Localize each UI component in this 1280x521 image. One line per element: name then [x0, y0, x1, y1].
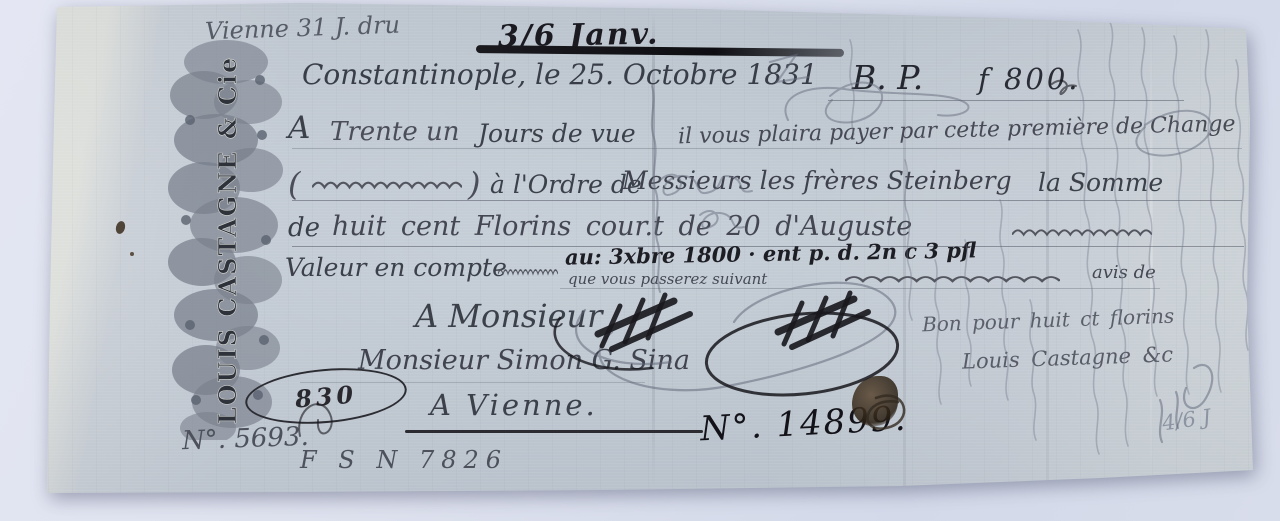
dateline: Constantinople, le 25. Octobre 1831: [302, 58, 818, 91]
avis-clause: avis de: [1092, 262, 1156, 283]
term-value: Trente un: [330, 117, 460, 147]
somme-label: la Somme: [1038, 168, 1163, 197]
value-clause: Valeur en compte: [285, 253, 507, 282]
control-number: N°. 5693.: [182, 422, 310, 456]
drawer-signature: Louis Castagne &c: [962, 342, 1174, 373]
amount-figures: f 800.: [978, 62, 1081, 96]
city-underline-stroke: [405, 430, 703, 433]
file-code: F S N 7826: [300, 446, 508, 474]
amount-words-lead: de: [288, 213, 320, 243]
passerez-clause: que vous passerez suivant: [568, 270, 767, 288]
bill-paper: LOUIS CASTAGNE & Cie Vienne 31 J. dru 3/…: [0, 0, 1280, 521]
term-lead: A: [288, 110, 310, 146]
addressee-label: A Monsieur: [415, 297, 602, 335]
paper-shadow-wrap: LOUIS CASTAGNE & Cie Vienne 31 J. dru 3/…: [0, 0, 1280, 521]
amount-words: huit cent Florins cour.t de 20 d'Auguste: [332, 211, 912, 242]
form-rule: [828, 100, 1184, 101]
endorsement-note: Vienne 31 J. dru: [205, 11, 401, 46]
control-stamp-oval: 830: [243, 362, 409, 430]
grape-cluster-detail: [181, 75, 271, 405]
corner-pencil-note: 4/6 J: [1161, 405, 1213, 436]
open-paren: (: [288, 165, 300, 203]
form-rule: [292, 200, 1242, 201]
ink-overwrite-note: au: 3xbre 1800 · ent p. d. 2n c 3 pfl: [565, 237, 977, 269]
ink-blot: [852, 376, 898, 426]
form-rule: [560, 288, 1160, 289]
bon-pour-note: Bon pour huit ct florins: [922, 304, 1175, 337]
maturity-underline-stroke: [476, 45, 844, 57]
bp-label: B. P.: [852, 58, 923, 97]
order-label: à l'Ordre de: [490, 170, 642, 199]
foxing-spot: [130, 252, 134, 256]
ink-filler-squiggle: [498, 266, 558, 278]
vignette-text: LOUIS CASTAGNE & Cie: [213, 56, 242, 424]
close-paren: ): [468, 165, 480, 203]
addressee-city: A Vienne.: [430, 388, 598, 422]
form-rule: [292, 148, 1242, 149]
term-unit: Jours de vue: [478, 119, 636, 148]
ink-filler-squiggle: [845, 273, 1060, 285]
addressee-name: Monsieur Simon G. Sina: [358, 345, 690, 376]
vertical-fold-crease: [1150, 20, 1153, 485]
ink-filler-squiggle: [1012, 226, 1152, 239]
ink-filler-squiggle: [312, 178, 462, 192]
photo-of-bill-of-exchange: LOUIS CASTAGNE & Cie Vienne 31 J. dru 3/…: [0, 0, 1280, 521]
stamp-value: 830: [294, 379, 358, 413]
foxing-spot: [114, 220, 126, 235]
payee-name: Messieurs les frères Steinberg: [622, 166, 1012, 195]
